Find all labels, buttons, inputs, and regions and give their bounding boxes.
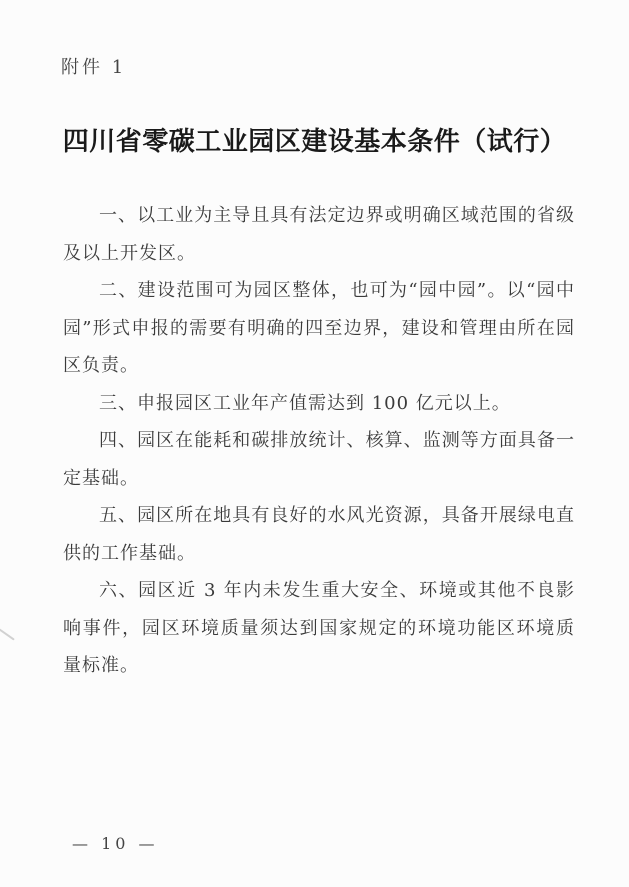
document-title: 四川省零碳工业园区建设基本条件（试行）: [0, 121, 629, 158]
paragraph-4: 四、园区在能耗和碳排放统计、核算、监测等方面具备一定基础。: [63, 422, 575, 497]
attachment-label: 附件 1: [61, 53, 126, 79]
scanned-document: { "document": { "attachment_label": "附件 …: [0, 0, 629, 887]
document-page: 附件 1 四川省零碳工业园区建设基本条件（试行） 一、以工业为主导且具有法定边界…: [0, 0, 629, 887]
scan-artifact-mark: [0, 627, 15, 640]
page-number: — 10 —: [72, 834, 159, 853]
paragraph-1: 一、以工业为主导且具有法定边界或明确区域范围的省级及以上开发区。: [63, 197, 575, 272]
paragraph-6: 六、园区近 3 年内未发生重大安全、环境或其他不良影响事件，园区环境质量须达到国…: [63, 572, 575, 685]
paragraph-2: 二、建设范围可为园区整体，也可为“园中园”。以“园中园”形式申报的需要有明确的四…: [63, 272, 575, 385]
document-body: 一、以工业为主导且具有法定边界或明确区域范围的省级及以上开发区。 二、建设范围可…: [63, 197, 575, 685]
paragraph-3: 三、申报园区工业年产值需达到 100 亿元以上。: [63, 385, 575, 423]
paragraph-5: 五、园区所在地具有良好的水风光资源，具备开展绿电直供的工作基础。: [63, 497, 575, 572]
